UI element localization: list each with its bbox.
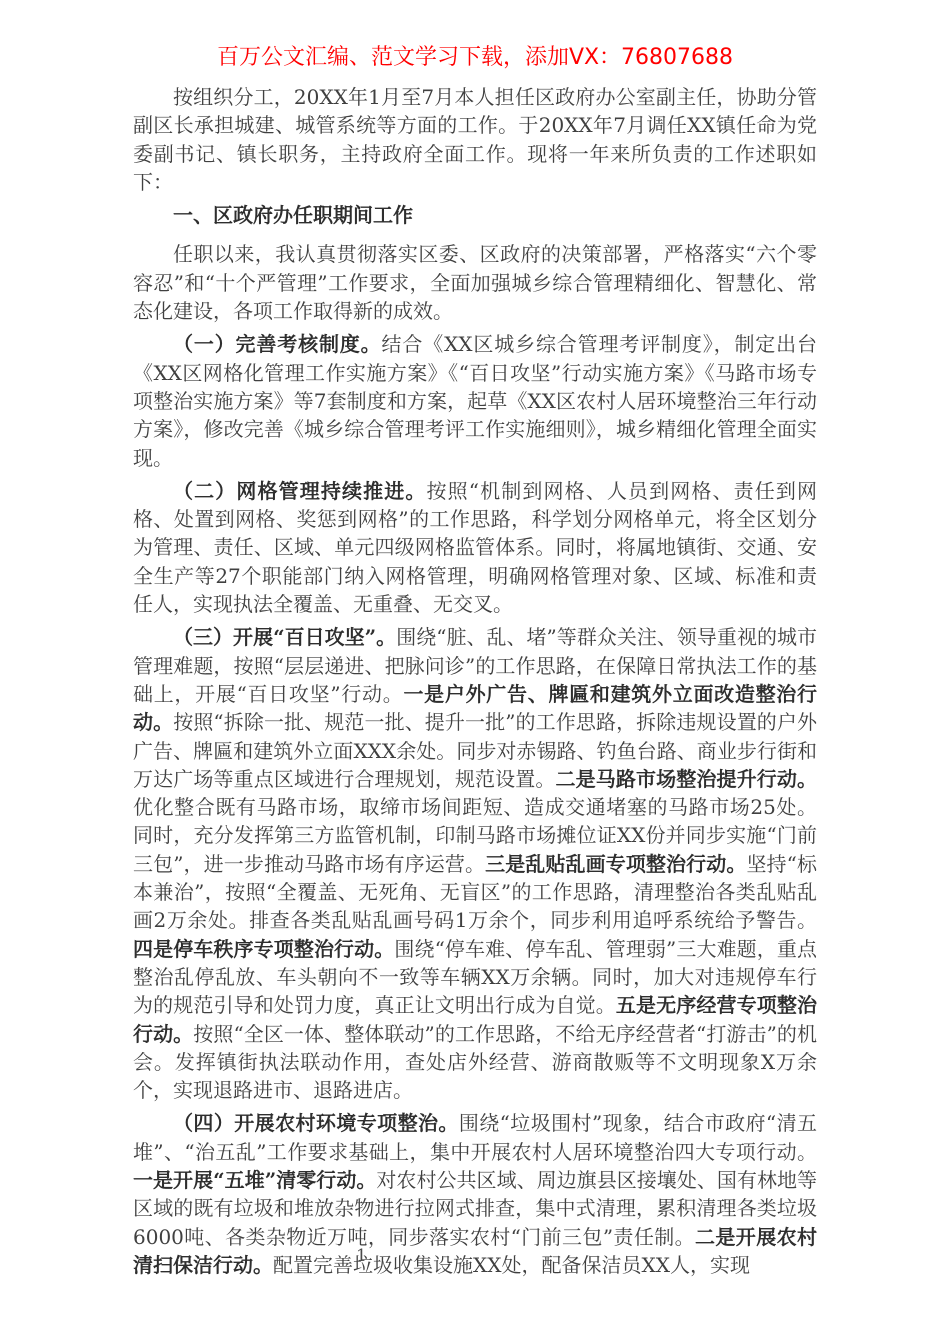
paragraph: （三）开展“百日攻坚”。围绕“脏、乱、堵”等群众关注、领导重视的城市管理难题，按… <box>133 623 817 1104</box>
bold-text-run: 一是开展“五堆”清零行动。 <box>133 1168 376 1192</box>
paragraph: （四）开展农村环境专项整治。围绕“垃圾围村”现象，结合市政府“清五堆”、“治五乱… <box>133 1109 817 1279</box>
page-number: 1 <box>356 1245 367 1267</box>
paragraph: （二）网格管理持续推进。按照“机制到网格、人员到网格、责任到网格、处置到网格、奖… <box>133 477 817 618</box>
text-run: 配置完善垃圾收集设施XX处，配备保洁员XX人，实现 <box>273 1253 750 1277</box>
document-page: 百万公文汇编、范文学习下载，添加VX：76807688 按组织分工，20XX年1… <box>0 0 950 1344</box>
bold-text-run: （二）网格管理持续推进。 <box>173 479 427 503</box>
document-body: 按组织分工，20XX年1月至7月本人担任区政府办公室副主任，协助分管副区长承担城… <box>133 83 817 1279</box>
bold-text-run: （三）开展“百日攻坚”。 <box>173 625 396 649</box>
bold-text-run: 一、区政府办任职期间工作 <box>173 203 413 227</box>
paragraph: （一）完善考核制度。结合《XX区城乡综合管理考评制度》，制定出台《XX区网格化管… <box>133 330 817 471</box>
bold-text-run: 四是停车秩序专项整治行动。 <box>133 937 394 961</box>
section-heading: 一、区政府办任职期间工作 <box>133 201 817 229</box>
text-run: 按组织分工，20XX年1月至7月本人担任区政府办公室副主任，协助分管副区长承担城… <box>133 85 817 194</box>
bold-text-run: 二是马路市场整治提升行动。 <box>556 767 817 791</box>
paragraph: 按组织分工，20XX年1月至7月本人担任区政府办公室副主任，协助分管副区长承担城… <box>133 83 817 196</box>
bold-text-run: 三是乱贴乱画专项整治行动。 <box>485 852 746 876</box>
text-run: 任职以来，我认真贯彻落实区委、区政府的决策部署，严格落实“六个零容忍”和“十个严… <box>133 242 817 323</box>
bold-text-run: （四）开展农村环境专项整治。 <box>173 1111 459 1135</box>
bold-text-run: （一）完善考核制度。 <box>173 332 382 356</box>
promo-banner: 百万公文汇编、范文学习下载，添加VX：76807688 <box>133 44 817 72</box>
paragraph: 任职以来，我认真贯彻落实区委、区政府的决策部署，严格落实“六个零容忍”和“十个严… <box>133 240 817 325</box>
text-run: 按照“全区一体、整体联动”的工作思路，不给无序经营者“打游击”的机会。发挥镇街执… <box>133 1022 817 1103</box>
